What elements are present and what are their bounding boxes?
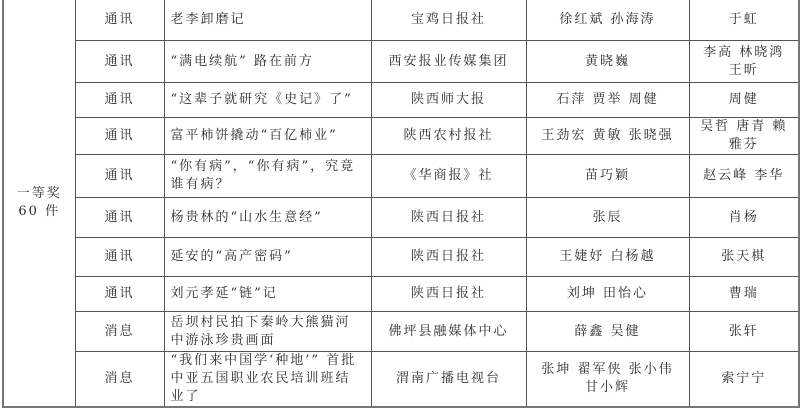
entry-editors: 索宁宁 xyxy=(689,352,799,408)
entry-type: 消息 xyxy=(75,352,164,408)
entry-type: 通讯 xyxy=(75,0,164,41)
entry-authors: 王婕妤 白杨越 xyxy=(526,238,689,277)
entry-type: 通讯 xyxy=(75,118,164,155)
entry-title: “满电续航” 路在前方 xyxy=(164,41,371,83)
table-row: 通讯刘元孝延“链”记陕西日报社刘坤 田怡心曹瑞 xyxy=(3,277,799,312)
entry-editors: 张轩 xyxy=(689,312,799,352)
entry-editors: 周健 xyxy=(689,83,799,118)
award-level: 一等奖 xyxy=(10,185,69,203)
entry-title: “我们来中国学‘种地’” 首批中亚五国职业农民培训班结业了 xyxy=(164,352,371,408)
entry-editors: 肖杨 xyxy=(689,198,799,238)
award-count: 60 件 xyxy=(10,203,69,221)
entry-unit: 《华商报》社 xyxy=(371,155,526,198)
entry-unit: 渭南广播电视台 xyxy=(371,352,526,408)
table-row: 通讯“你有病”，“你有病”，究竟谁有病？《华商报》社苗巧颖赵云峰 李华 xyxy=(3,155,799,198)
entry-unit: 陕西师大报 xyxy=(371,83,526,118)
table-row: 通讯杨贵林的“山水生意经”陕西日报社张辰肖杨 xyxy=(3,198,799,238)
entry-type: 通讯 xyxy=(75,277,164,312)
entry-authors: 苗巧颖 xyxy=(526,155,689,198)
entry-authors: 张坤 翟军侠 张小伟 甘小辉 xyxy=(526,352,689,408)
entry-unit: 宝鸡日报社 xyxy=(371,0,526,41)
entry-type: 消息 xyxy=(75,312,164,352)
awards-table: 一等奖60 件通讯老李卸磨记宝鸡日报社徐红斌 孙海涛于虹通讯“满电续航” 路在前… xyxy=(2,0,800,408)
entry-unit: 陕西农村报社 xyxy=(371,118,526,155)
entry-editors: 曹瑞 xyxy=(689,277,799,312)
entry-title: “你有病”，“你有病”，究竟谁有病？ xyxy=(164,155,371,198)
entry-authors: 薛鑫 吴健 xyxy=(526,312,689,352)
entry-title: 杨贵林的“山水生意经” xyxy=(164,198,371,238)
entry-type: 通讯 xyxy=(75,198,164,238)
entry-unit: 陕西日报社 xyxy=(371,238,526,277)
entry-unit: 陕西日报社 xyxy=(371,277,526,312)
entry-title: 富平柿饼撬动“百亿柿业” xyxy=(164,118,371,155)
table-row: 通讯延安的“高产密码”陕西日报社王婕妤 白杨越张天棋 xyxy=(3,238,799,277)
entry-authors: 徐红斌 孙海涛 xyxy=(526,0,689,41)
entry-title: 刘元孝延“链”记 xyxy=(164,277,371,312)
entry-title: 老李卸磨记 xyxy=(164,0,371,41)
entry-title: 延安的“高产密码” xyxy=(164,238,371,277)
entry-type: 通讯 xyxy=(75,83,164,118)
table-row: 消息“我们来中国学‘种地’” 首批中亚五国职业农民培训班结业了渭南广播电视台张坤… xyxy=(3,352,799,408)
table-row: 通讯富平柿饼撬动“百亿柿业”陕西农村报社王劲宏 黄敏 张晓强吴哲 唐青 赖雅芬 xyxy=(3,118,799,155)
entry-editors: 于虹 xyxy=(689,0,799,41)
table-row: 一等奖60 件通讯老李卸磨记宝鸡日报社徐红斌 孙海涛于虹 xyxy=(3,0,799,41)
entry-title: “这辈子就研究《史记》了” xyxy=(164,83,371,118)
entry-type: 通讯 xyxy=(75,41,164,83)
entry-authors: 黄晓巍 xyxy=(526,41,689,83)
entry-authors: 王劲宏 黄敏 张晓强 xyxy=(526,118,689,155)
table-row: 通讯“满电续航” 路在前方西安报业传媒集团黄晓巍李高 林晓鸿 王昕 xyxy=(3,41,799,83)
entry-authors: 石萍 贾举 周健 xyxy=(526,83,689,118)
entry-type: 通讯 xyxy=(75,238,164,277)
entry-editors: 赵云峰 李华 xyxy=(689,155,799,198)
award-level-cell: 一等奖60 件 xyxy=(3,0,75,407)
table-row: 消息岳坝村民拍下秦岭大熊猫河中游泳珍贵画面佛坪县融媒体中心薛鑫 吴健张轩 xyxy=(3,312,799,352)
entry-unit: 西安报业传媒集团 xyxy=(371,41,526,83)
entry-authors: 张辰 xyxy=(526,198,689,238)
entry-unit: 陕西日报社 xyxy=(371,198,526,238)
entry-title: 岳坝村民拍下秦岭大熊猫河中游泳珍贵画面 xyxy=(164,312,371,352)
entry-editors: 李高 林晓鸿 王昕 xyxy=(689,41,799,83)
table-row: 通讯“这辈子就研究《史记》了”陕西师大报石萍 贾举 周健周健 xyxy=(3,83,799,118)
entry-unit: 佛坪县融媒体中心 xyxy=(371,312,526,352)
entry-authors: 刘坤 田怡心 xyxy=(526,277,689,312)
entry-editors: 吴哲 唐青 赖雅芬 xyxy=(689,118,799,155)
entry-editors: 张天棋 xyxy=(689,238,799,277)
entry-type: 通讯 xyxy=(75,155,164,198)
